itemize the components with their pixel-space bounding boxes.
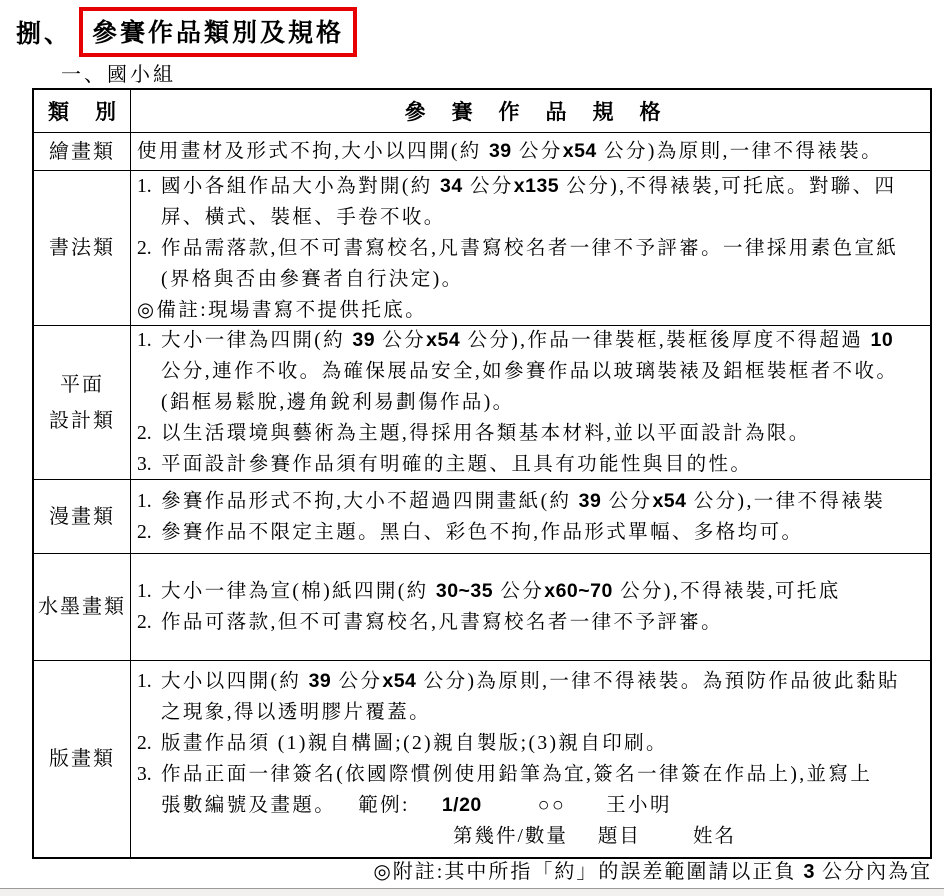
category-label: 版畫類 (49, 741, 115, 777)
table-row: 版畫類1.大小以四開(約 39 公分x54 公分)為原則,一律不得裱裝。為預防作… (34, 660, 930, 857)
measurement-value: x54 (426, 329, 460, 351)
spec-line: 之現象,得以透明膠片覆蓋。 (137, 697, 928, 728)
category-label: 水墨畫類 (38, 589, 126, 625)
note-line: ◎備註:現場書寫不提供托底。 (137, 295, 928, 326)
spec-line: (界格與否由參賽者自行決定)。 (137, 264, 928, 295)
measurement-value: x135 (514, 175, 559, 197)
table-row: 平面設計類1.大小一律為四開(約 39 公分x54 公分),作品一律裝框,裝框後… (34, 325, 930, 479)
category-label: 平面 (60, 367, 104, 403)
measurement-value: x54 (563, 140, 597, 162)
footnote: ◎附註:其中所指「約」的誤差範圍請以正負 3 公分內為宜 (373, 855, 932, 884)
spec-line: 1.參賽作品形式不拘,大小不超過四開畫紙(約 39 公分x54 公分),一律不得… (137, 486, 928, 517)
measurement-value: x60~70 (544, 580, 613, 602)
list-marker: 3. (137, 759, 161, 790)
table-header-row: 類別 參賽作品規格 (34, 90, 930, 132)
table-row: 漫畫類1.參賽作品形式不拘,大小不超過四開畫紙(約 39 公分x54 公分),一… (34, 479, 930, 553)
header-category-cell: 類別 (34, 90, 131, 132)
category-cell: 漫畫類 (34, 480, 131, 553)
spec-line: 公分,連作不收。為確保展品安全,如參賽作品以玻璃裝裱及鋁框裝框者不收。 (137, 356, 928, 387)
example-label: 範例: (358, 795, 410, 816)
spec-line: 2.作品可落款,但不可書寫校名,凡書寫校名者一律不予評審。 (137, 607, 928, 638)
measurement-value: 3 (803, 861, 815, 883)
section-title: 捌、 參賽作品類別及規格 (16, 7, 357, 57)
list-marker: 2. (137, 233, 161, 264)
spec-line: 使用畫材及形式不拘,大小以四開(約 39 公分x54 公分)為原則,一律不得裱裝… (137, 136, 928, 167)
measurement-value: 39 (352, 329, 375, 351)
category-cell: 版畫類 (34, 661, 131, 857)
category-cell: 書法類 (34, 171, 131, 325)
spec-cell: 1.大小一律為宣(棉)紙四開(約 30~35 公分x60~70 公分),不得裱裝… (131, 554, 930, 660)
example-value: 王小明 (606, 795, 672, 816)
spec-cell: 使用畫材及形式不拘,大小以四開(約 39 公分x54 公分)為原則,一律不得裱裝… (131, 133, 930, 170)
spec-line: 1.大小一律為宣(棉)紙四開(約 30~35 公分x60~70 公分),不得裱裝… (137, 576, 928, 607)
list-marker: 3. (137, 449, 161, 479)
category-cell: 繪畫類 (34, 133, 131, 170)
list-marker: 2. (137, 517, 161, 548)
spec-cell: 1.大小以四開(約 39 公分x54 公分)為原則,一律不得裱裝。為預防作品彼此… (131, 661, 930, 857)
measurement-value: x54 (382, 670, 416, 692)
measurement-value: 39 (579, 490, 602, 512)
example-caption: 第幾件/數量 (453, 826, 568, 847)
list-marker: 1. (137, 666, 161, 697)
table-row: 書法類1.國小各組作品大小為對開(約 34 公分x135 公分),不得裱裝,可托… (34, 170, 930, 325)
spec-line: 2.以生活環境與藝術為主題,得採用各類基本材料,並以平面設計為限。 (137, 418, 928, 449)
example-caption: 題目 (598, 826, 641, 847)
spec-line: 1.大小一律為四開(約 39 公分x54 公分),作品一律裝框,裝框後厚度不得超… (137, 326, 928, 356)
section-number: 捌、 (16, 14, 72, 50)
spec-cell: 1.國小各組作品大小為對開(約 34 公分x135 公分),不得裱裝,可托底。對… (131, 171, 930, 325)
measurement-value: x54 (652, 490, 686, 512)
spec-cell: 1.參賽作品形式不拘,大小不超過四開畫紙(約 39 公分x54 公分),一律不得… (131, 480, 930, 553)
category-label: 設計類 (49, 403, 115, 439)
example-caption-line: 第幾件/數量題目姓名 (137, 821, 928, 852)
spec-line: 2.參賽作品不限定主題。黑白、彩色不拘,作品形式單幅、多格均可。 (137, 517, 928, 548)
spec-line: 1.國小各組作品大小為對開(約 34 公分x135 公分),不得裱裝,可托底。對… (137, 171, 928, 202)
measurement-value: 34 (440, 175, 463, 197)
measurement-value: 39 (489, 140, 512, 162)
spec-line: 2.作品需落款,但不可書寫校名,凡書寫校名者一律不予評審。一律採用素色宣紙 (137, 233, 928, 264)
title-highlight-box: 參賽作品類別及規格 (79, 7, 357, 57)
subsection-heading: 一、國小組 (61, 58, 176, 87)
spec-line: 2.版畫作品須 (1)親自構圖;(2)親自製版;(3)親自印刷。 (137, 728, 928, 759)
spec-cell: 1.大小一律為四開(約 39 公分x54 公分),作品一律裝框,裝框後厚度不得超… (131, 326, 930, 479)
list-marker: 1. (137, 486, 161, 517)
list-marker: 1. (137, 326, 161, 356)
header-spec-cell: 參賽作品規格 (131, 90, 930, 132)
list-marker: 2. (137, 728, 161, 759)
example-caption: 姓名 (693, 826, 736, 847)
list-marker: 2. (137, 418, 161, 449)
window-bottom-edge (0, 888, 944, 896)
list-marker: 1. (137, 576, 161, 607)
list-marker: 1. (137, 171, 161, 202)
category-label: 繪畫類 (49, 134, 115, 170)
spec-line: (鋁框易鬆脫,邊角銳利易劃傷作品)。 (137, 387, 928, 418)
category-label: 書法類 (49, 230, 115, 266)
table-row: 繪畫類使用畫材及形式不拘,大小以四開(約 39 公分x54 公分)為原則,一律不… (34, 132, 930, 170)
category-cell: 平面設計類 (34, 326, 131, 479)
measurement-value: 30~35 (436, 580, 493, 602)
example-line: 張數編號及畫題。範例:1/20○○王小明 (137, 790, 928, 821)
category-cell: 水墨畫類 (34, 554, 131, 660)
spec-line: 3.平面設計參賽作品須有明確的主題、且具有功能性與目的性。 (137, 449, 928, 479)
spec-line: 3.作品正面一律簽名(依國際慣例使用鉛筆為宜,簽名一律簽在作品上),並寫上 (137, 759, 928, 790)
header-category-label: 類別 (48, 96, 142, 126)
spec-table: 類別 參賽作品規格 繪畫類使用畫材及形式不拘,大小以四開(約 39 公分x54 … (32, 88, 932, 859)
measurement-value: 39 (309, 670, 332, 692)
measurement-value: 10 (871, 329, 894, 351)
example-value: 1/20 (442, 794, 482, 816)
spec-line: 屏、橫式、裝框、手卷不收。 (137, 202, 928, 233)
table-row: 水墨畫類1.大小一律為宣(棉)紙四開(約 30~35 公分x60~70 公分),… (34, 553, 930, 660)
category-label: 漫畫類 (49, 499, 115, 535)
title-text: 參賽作品類別及規格 (92, 20, 344, 47)
spec-line: 1.大小以四開(約 39 公分x54 公分)為原則,一律不得裱裝。為預防作品彼此… (137, 666, 928, 697)
header-spec-label: 參賽作品規格 (405, 96, 687, 126)
list-marker: 2. (137, 607, 161, 638)
example-value: ○○ (538, 795, 566, 816)
